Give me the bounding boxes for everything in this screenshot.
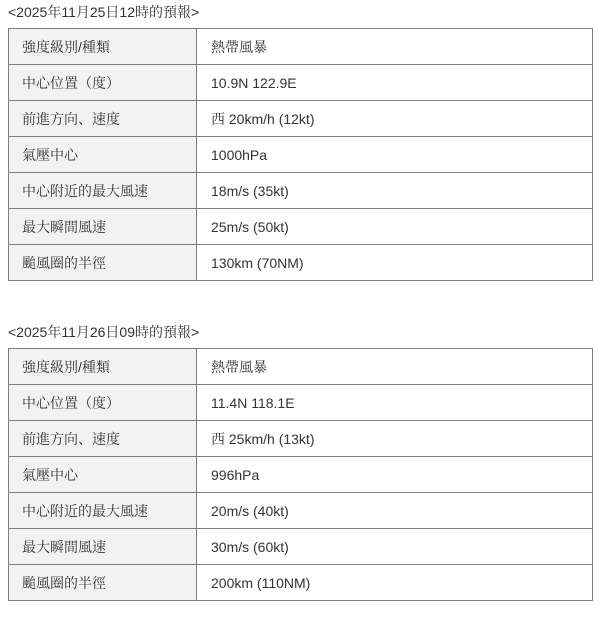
- row-value: 10.9N 122.9E: [197, 65, 593, 101]
- table-row: 颱風圈的半徑 200km (110NM): [9, 565, 593, 601]
- row-label: 最大瞬間風速: [9, 209, 197, 245]
- row-label: 颱風圈的半徑: [9, 565, 197, 601]
- table-row: 前進方向、速度 西 25km/h (13kt): [9, 421, 593, 457]
- forecast-section: <2025年11月25日12時的預報> 強度級別/種類 熱帶風暴 中心位置（度）…: [8, 5, 593, 281]
- row-label: 中心附近的最大風速: [9, 173, 197, 209]
- forecast-table-body: 強度級別/種類 熱帶風暴 中心位置（度） 11.4N 118.1E 前進方向、速…: [9, 349, 593, 601]
- row-value: 西 25km/h (13kt): [197, 421, 593, 457]
- row-label: 颱風圈的半徑: [9, 245, 197, 281]
- row-value: 1000hPa: [197, 137, 593, 173]
- row-value: 18m/s (35kt): [197, 173, 593, 209]
- row-label: 強度級別/種類: [9, 349, 197, 385]
- forecast-table: 強度級別/種類 熱帶風暴 中心位置（度） 11.4N 118.1E 前進方向、速…: [8, 348, 593, 601]
- row-label: 中心位置（度）: [9, 65, 197, 101]
- row-value: 20m/s (40kt): [197, 493, 593, 529]
- table-row: 氣壓中心 1000hPa: [9, 137, 593, 173]
- document-body: <2025年11月25日12時的預報> 強度級別/種類 熱帶風暴 中心位置（度）…: [0, 0, 600, 601]
- row-value: 西 20km/h (12kt): [197, 101, 593, 137]
- row-value: 200km (110NM): [197, 565, 593, 601]
- table-row: 氣壓中心 996hPa: [9, 457, 593, 493]
- row-value: 熱帶風暴: [197, 349, 593, 385]
- row-value: 熱帶風暴: [197, 29, 593, 65]
- row-value: 996hPa: [197, 457, 593, 493]
- row-label: 中心附近的最大風速: [9, 493, 197, 529]
- forecast-title: <2025年11月26日09時的預報>: [8, 325, 593, 339]
- table-row: 中心位置（度） 11.4N 118.1E: [9, 385, 593, 421]
- row-value: 25m/s (50kt): [197, 209, 593, 245]
- row-value: 30m/s (60kt): [197, 529, 593, 565]
- table-row: 強度級別/種類 熱帶風暴: [9, 349, 593, 385]
- table-row: 颱風圈的半徑 130km (70NM): [9, 245, 593, 281]
- table-row: 中心位置（度） 10.9N 122.9E: [9, 65, 593, 101]
- forecast-section: <2025年11月26日09時的預報> 強度級別/種類 熱帶風暴 中心位置（度）…: [8, 325, 593, 601]
- row-label: 氣壓中心: [9, 137, 197, 173]
- row-label: 氣壓中心: [9, 457, 197, 493]
- table-row: 前進方向、速度 西 20km/h (12kt): [9, 101, 593, 137]
- row-label: 前進方向、速度: [9, 421, 197, 457]
- forecast-table: 強度級別/種類 熱帶風暴 中心位置（度） 10.9N 122.9E 前進方向、速…: [8, 28, 593, 281]
- row-label: 前進方向、速度: [9, 101, 197, 137]
- row-label: 最大瞬間風速: [9, 529, 197, 565]
- row-label: 強度級別/種類: [9, 29, 197, 65]
- table-row: 中心附近的最大風速 20m/s (40kt): [9, 493, 593, 529]
- row-label: 中心位置（度）: [9, 385, 197, 421]
- forecast-table-body: 強度級別/種類 熱帶風暴 中心位置（度） 10.9N 122.9E 前進方向、速…: [9, 29, 593, 281]
- table-row: 中心附近的最大風速 18m/s (35kt): [9, 173, 593, 209]
- table-row: 最大瞬間風速 25m/s (50kt): [9, 209, 593, 245]
- table-row: 最大瞬間風速 30m/s (60kt): [9, 529, 593, 565]
- table-row: 強度級別/種類 熱帶風暴: [9, 29, 593, 65]
- forecast-title: <2025年11月25日12時的預報>: [8, 5, 593, 19]
- row-value: 130km (70NM): [197, 245, 593, 281]
- row-value: 11.4N 118.1E: [197, 385, 593, 421]
